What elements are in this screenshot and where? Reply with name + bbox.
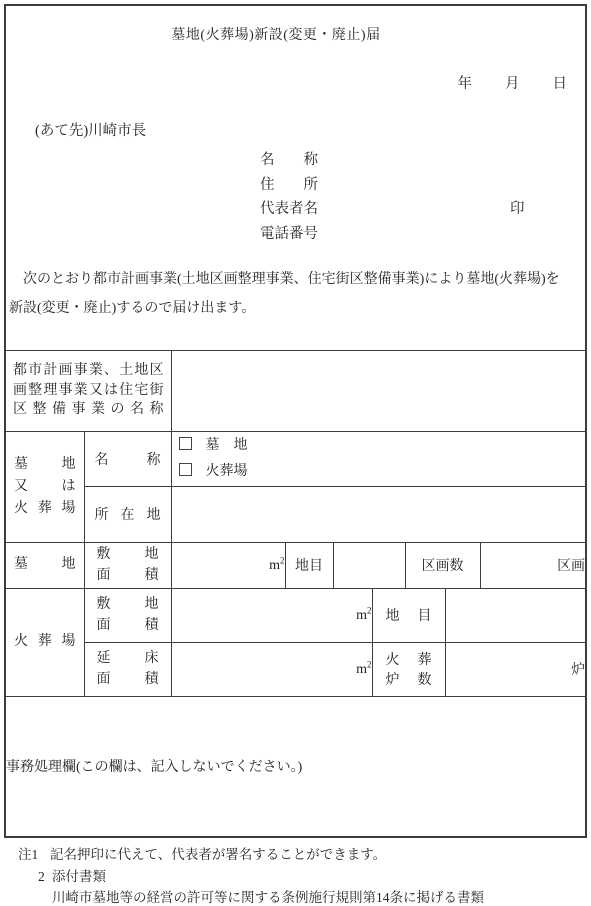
name-label-cell: 名称 xyxy=(84,431,171,486)
unit-ro: 炉 xyxy=(571,663,585,678)
bochi-kukakusu-label-cell: 区画数 xyxy=(405,542,480,588)
project-name-input-cell[interactable] xyxy=(171,350,585,431)
location-label-cell: 所在地 xyxy=(84,486,171,542)
bochi-chimoku-label-cell: 地目 xyxy=(285,542,333,588)
bochi-kukakusu-label: 区画数 xyxy=(422,559,464,574)
kasoba-site-area-label-cell: 敷地 面積 xyxy=(84,588,171,642)
checkbox-kasoba[interactable] xyxy=(179,463,192,476)
kasoba-floor-area-label-cell: 延床 面積 xyxy=(84,642,171,696)
footer-notes: 注1 記名押印に代えて、代表者が署名することができます。 2 添付書類 川崎市墓… xyxy=(18,844,578,906)
form-table: 都市計画事業、土地区画整理事業又は住宅街区整備事業の名称 墓地 又は 火葬場 名… xyxy=(6,350,585,837)
note-1-text: 記名押印に代えて、代表者が署名することができます。 xyxy=(50,844,386,866)
applicant-block: 名 称 住 所 代表者名 電話番号 xyxy=(260,148,318,246)
kasoba-chimoku-label-cell: 地目 xyxy=(372,588,445,642)
seal-mark: 印 xyxy=(510,197,525,218)
note-2-number: 2 xyxy=(38,866,52,888)
facility-label-line2: 又は xyxy=(6,476,84,498)
bochi-label-cell: 墓地 xyxy=(6,542,84,588)
checkbox-bochi-label: 墓 地 xyxy=(206,438,248,453)
project-name-label: 都市計画事業、土地区画整理事業又は住宅街区整備事業の名称 xyxy=(6,361,171,420)
office-use-cell: 事務処理欄(この欄は、記入しないでください。) xyxy=(6,696,585,836)
bochi-chimoku-input-cell[interactable] xyxy=(333,542,405,588)
note-3-text: 川崎市墓地等の経営の許可等に関する条例施行規則第14条に掲げる書類 xyxy=(52,887,484,906)
checkbox-row-bochi: 墓 地 xyxy=(172,433,586,459)
kasoba-floor-area-line1: 延床 xyxy=(85,648,171,669)
location-input-cell[interactable] xyxy=(171,486,585,542)
note-2-text: 添付書類 xyxy=(52,866,106,888)
kasoba-furnace-label-cell: 火葬 炉数 xyxy=(372,642,445,696)
unit-m2: m2 xyxy=(269,558,284,573)
date-month-label: 月 xyxy=(505,72,520,93)
applicant-phone-label: 電話番号 xyxy=(260,222,318,247)
facility-label-line3: 火葬場 xyxy=(6,498,84,520)
form-sheet: 墓地(火葬場)新設(変更・廃止)届 年 月 日 (あて先)川崎市長 名 称 住 … xyxy=(4,4,587,838)
kasoba-furnace-input-cell[interactable]: 炉 xyxy=(445,642,585,696)
checkbox-kasoba-label: 火葬場 xyxy=(206,464,248,479)
kasoba-floor-area-input-cell[interactable]: m2 xyxy=(171,642,372,696)
checkbox-row-kasoba: 火葬場 xyxy=(172,459,586,485)
facility-type-label-cell: 墓地 又は 火葬場 xyxy=(6,431,84,542)
kasoba-site-area-input-cell[interactable]: m2 xyxy=(171,588,372,642)
applicant-name-label: 名 称 xyxy=(260,148,318,173)
note-2: 2 添付書類 xyxy=(18,866,578,888)
kasoba-floor-area-line2: 面積 xyxy=(85,669,171,690)
body-paragraph: 次のとおり都市計画事業(土地区画整理事業、住宅街区整備事業)により墓地(火葬場)… xyxy=(9,265,561,323)
applicant-address-label: 住 所 xyxy=(260,173,318,198)
project-name-label-cell: 都市計画事業、土地区画整理事業又は住宅街区整備事業の名称 xyxy=(6,350,171,431)
form-title: 墓地(火葬場)新設(変更・廃止)届 xyxy=(6,24,546,44)
name-label: 名称 xyxy=(85,449,171,469)
bochi-chimoku-label: 地目 xyxy=(295,559,323,574)
kasoba-label: 火葬場 xyxy=(6,631,84,653)
kasoba-label-cell: 火葬場 xyxy=(6,588,84,696)
checkbox-bochi[interactable] xyxy=(179,437,192,450)
note-3: 川崎市墓地等の経営の許可等に関する条例施行規則第14条に掲げる書類 xyxy=(18,887,578,906)
kasoba-chimoku-input-cell[interactable] xyxy=(445,588,585,642)
bochi-site-area-line1: 敷地 xyxy=(85,544,171,565)
addressee: (あて先)川崎市長 xyxy=(35,119,146,140)
kasoba-site-area-line1: 敷地 xyxy=(85,594,171,615)
name-checkbox-cell: 墓 地 火葬場 xyxy=(171,431,585,486)
unit-kukaku: 区画 xyxy=(557,559,585,574)
date-year-label: 年 xyxy=(458,72,473,93)
date-day-label: 日 xyxy=(553,72,568,93)
bochi-kukakusu-input-cell[interactable]: 区画 xyxy=(480,542,585,588)
kasoba-chimoku-label: 地目 xyxy=(373,605,445,625)
date-line: 年 月 日 xyxy=(458,72,568,93)
note-1-number: 注1 xyxy=(18,844,50,866)
bochi-site-area-line2: 面積 xyxy=(85,565,171,586)
unit-m2: m2 xyxy=(356,662,371,677)
bochi-site-area-label-cell: 敷地 面積 xyxy=(84,542,171,588)
kasoba-furnace-line2: 炉数 xyxy=(373,669,445,689)
facility-label-line1: 墓地 xyxy=(6,454,84,476)
unit-m2: m2 xyxy=(356,608,371,623)
note-1: 注1 記名押印に代えて、代表者が署名することができます。 xyxy=(18,844,578,866)
applicant-representative-label: 代表者名 xyxy=(260,197,318,222)
kasoba-site-area-line2: 面積 xyxy=(85,615,171,636)
bochi-label: 墓地 xyxy=(6,554,84,576)
kasoba-furnace-line1: 火葬 xyxy=(373,649,445,669)
office-use-label: 事務処理欄(この欄は、記入しないでください。) xyxy=(6,756,585,776)
bochi-site-area-input-cell[interactable]: m2 xyxy=(171,542,285,588)
location-label: 所在地 xyxy=(85,504,171,524)
